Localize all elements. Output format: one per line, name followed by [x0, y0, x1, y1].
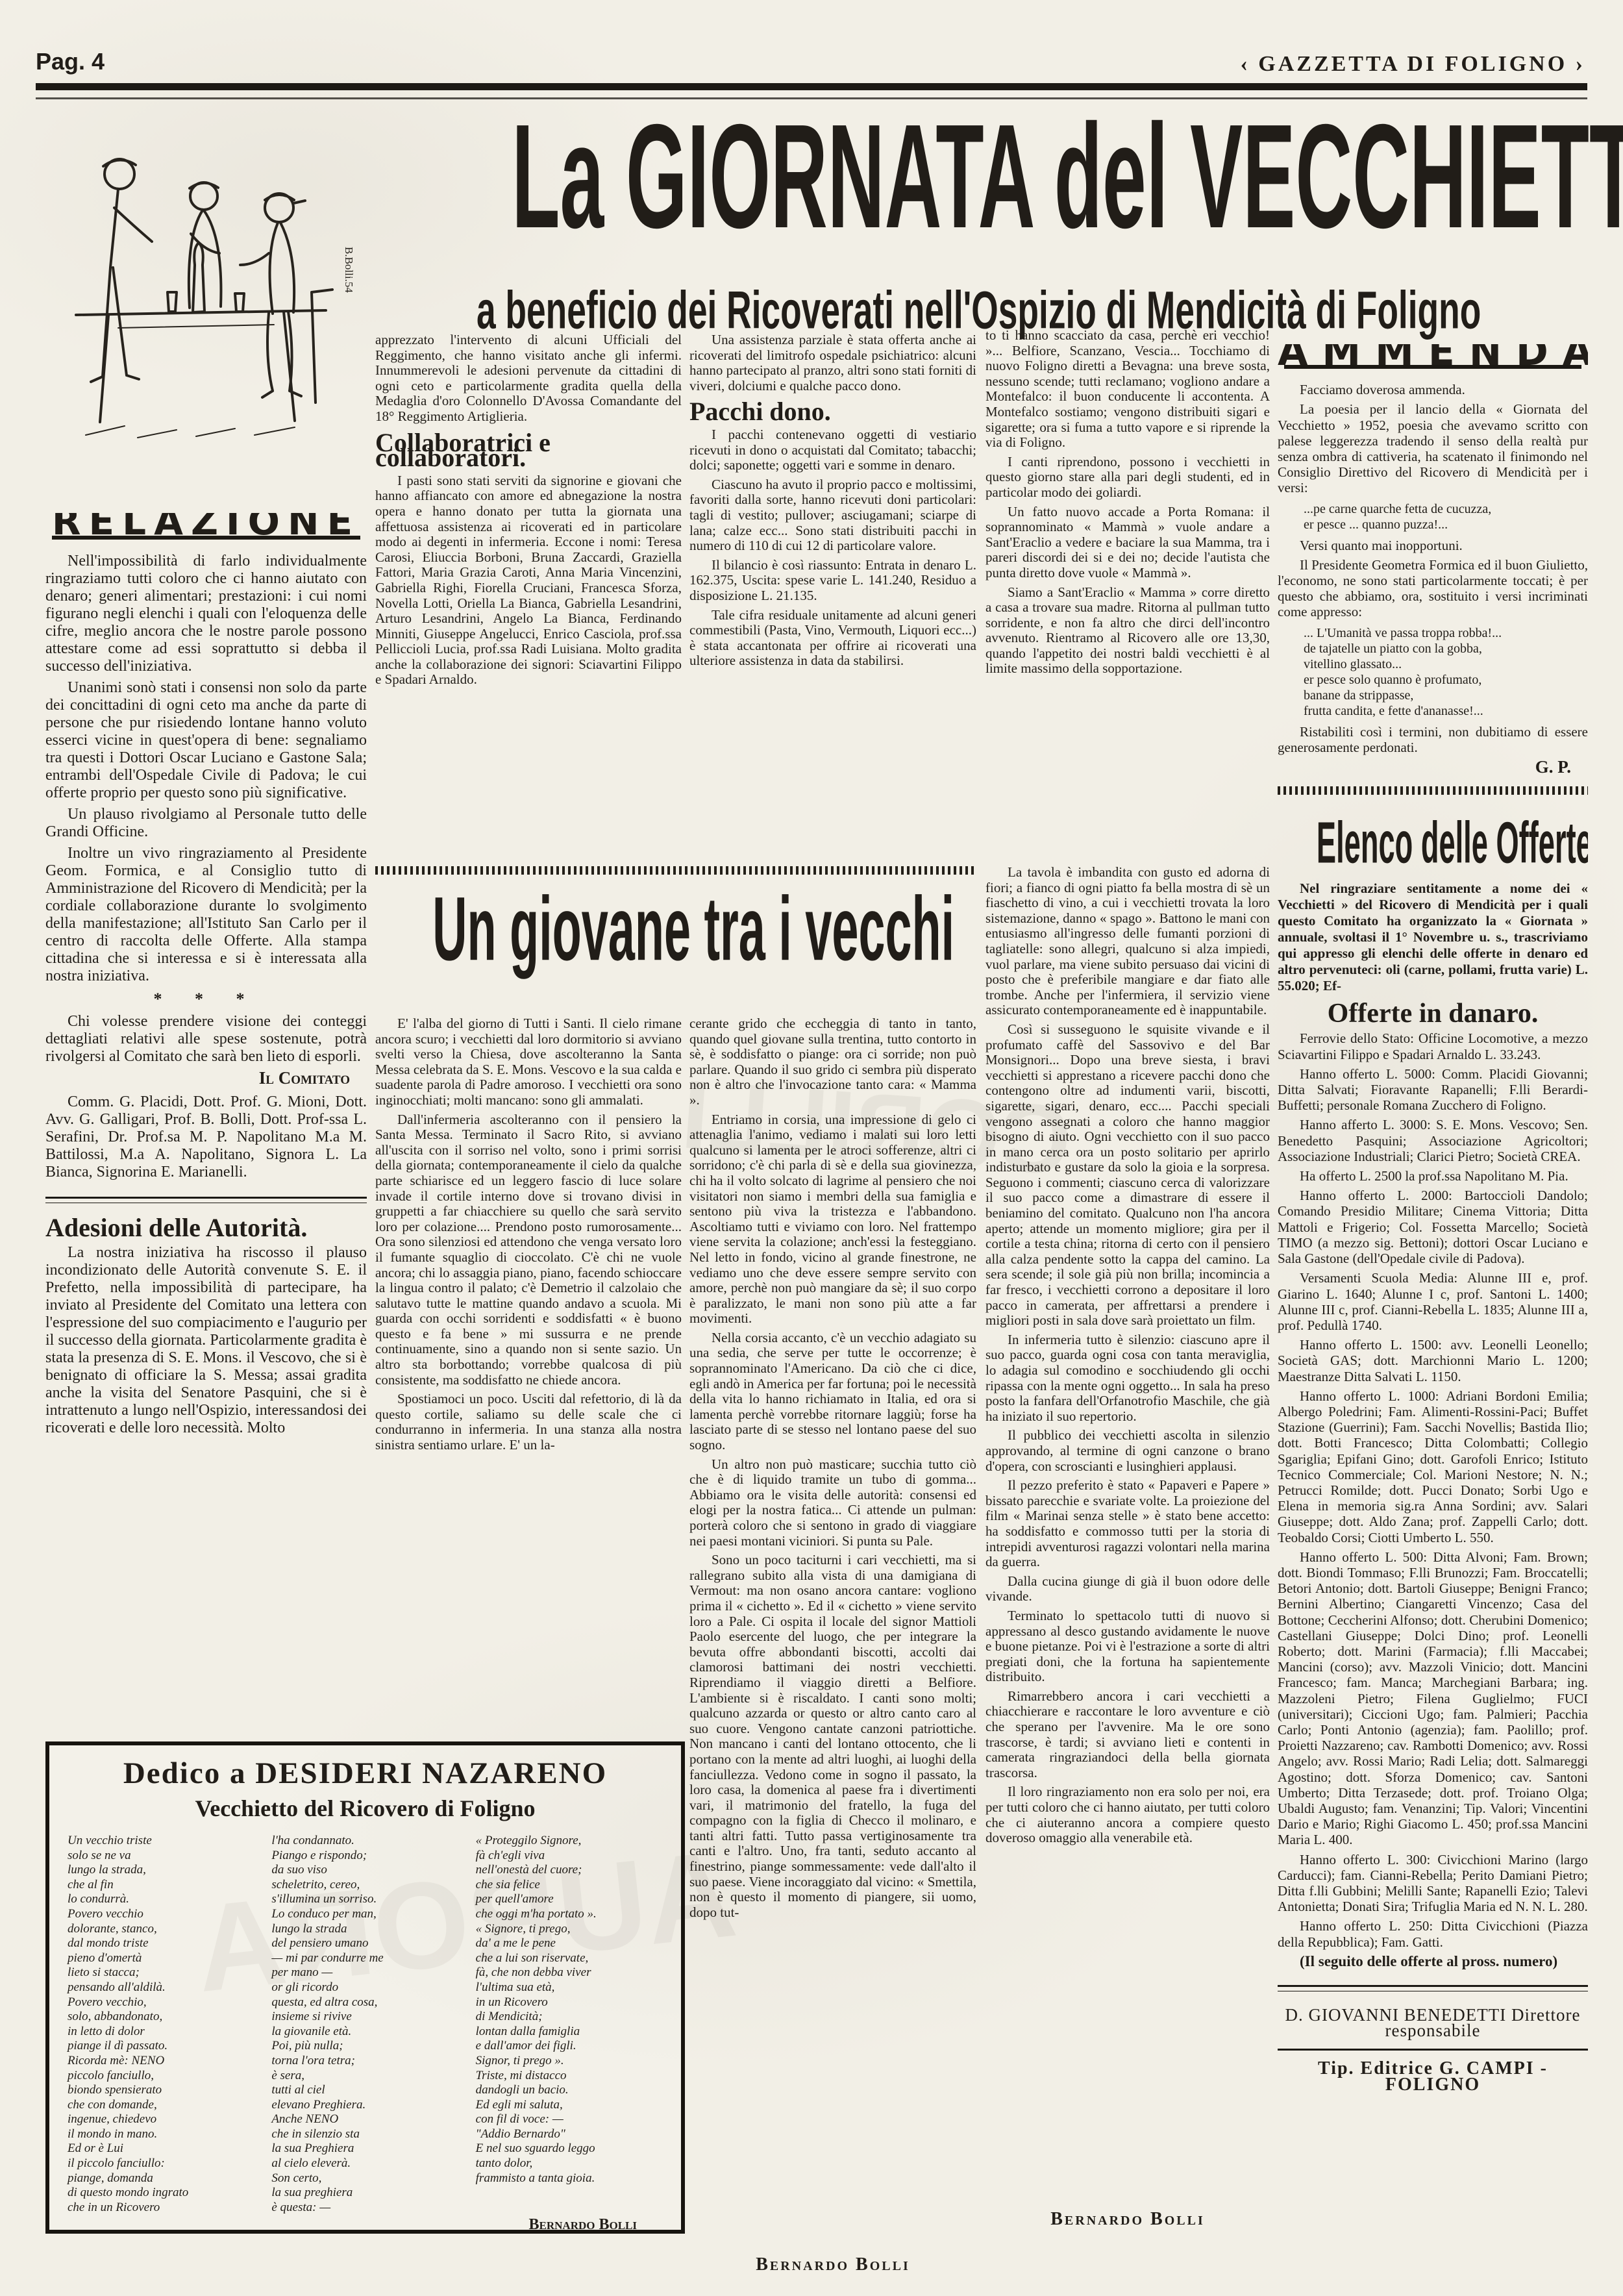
paragraph: to ti hanno scacciato da casa, perchè er…: [985, 328, 1270, 451]
paragraph: Chi volesse prendere visione dei contegg…: [45, 1013, 367, 1066]
ammenda-signature: G. P.: [1278, 759, 1588, 775]
paragraph: La tavola è imbandita con gusto ed adorn…: [985, 865, 1270, 1018]
offer-entry: Hanno offerto L. 1500: avv. Leonelli Leo…: [1278, 1337, 1588, 1384]
paragraph: La nostra iniziativa ha riscosso il plau…: [45, 1244, 367, 1437]
offer-entry: Ferrovie dello Stato: Officine Locomotiv…: [1278, 1030, 1588, 1062]
paragraph: Tale cifra residuale unitamente ad alcun…: [689, 608, 976, 669]
pacchi-dono-heading: Pacchi dono.: [689, 404, 976, 419]
paragraph: Così si susseguono le squisite vivande e…: [985, 1022, 1270, 1329]
offer-entry: Hanno offerto L. 250: Ditta Civicchioni …: [1278, 1918, 1588, 1949]
paragraph: La poesia per il lancio della « Giornata…: [1278, 401, 1588, 495]
illustration-signature: B.Bolli.54: [343, 247, 355, 293]
committee-names: Comm. G. Placidi, Dott. Prof. G. Mioni, …: [45, 1093, 367, 1181]
dotted-rule: [1278, 786, 1588, 795]
paragraph: Il bilancio è così riassunto: Entrata in…: [689, 558, 976, 604]
column-pranzo: La tavola è imbandita con gusto ed adorn…: [985, 865, 1270, 2204]
elenco-headline-text: Elenco delle Offerte: [1317, 814, 1588, 873]
paragraph: Terminato lo spettacolo tutti di nuovo s…: [985, 1608, 1270, 1685]
paragraph: Siamo a Sant'Eraclio « Mamma » corre dir…: [985, 585, 1270, 677]
giovane-headline: Un giovane tra i vecchi: [375, 884, 976, 943]
paragraph: Rimarrebbero ancora i cari vecchietti a …: [985, 1689, 1270, 1781]
verse-original: ...pe carne quarche fetta de cucuzza, er…: [1304, 501, 1588, 532]
masthead: ‹ GAZZETTA DI FOLIGNO ›: [1240, 52, 1585, 77]
collaboratori-heading: Collaboratrici e collaboratori.: [375, 435, 682, 466]
poem-subtitle: Vecchietto del Ricovero di Foligno: [68, 1795, 663, 1822]
poem-columns: Un vecchio triste solo se ne va lungo la…: [68, 1834, 663, 2215]
illustration-old-men-at-table: B.Bolli.54: [40, 97, 362, 493]
headline-subtitle-text: a beneficio dei Ricoverati nell'Ospizio …: [477, 284, 1481, 338]
paragraph: Entriamo in corsia, una impressione di g…: [689, 1112, 976, 1327]
poem-box: Dedico a DESIDERI NAZARENO Vecchietto de…: [45, 1741, 685, 2234]
director-line: D. GIOVANNI BENEDETTI Direttore responsa…: [1278, 2007, 1588, 2038]
paragraph: Il Presidente Geometra Formica ed il buo…: [1278, 557, 1588, 620]
column-giovane-a: E' l'alba del giorno di Tutti i Santi. I…: [375, 1016, 682, 1730]
elenco-intro: Nel ringraziare sentitamente a nome dei …: [1278, 880, 1588, 994]
offer-entry: Hanno offerto L. 5000: Comm. Placidi Gio…: [1278, 1066, 1588, 1114]
paragraph: Un plauso rivolgiamo al Personale tutto …: [45, 806, 367, 841]
newspaper-page: AURORA CORILLI Pag. 4 ‹ GAZZETTA DI FOLI…: [0, 0, 1623, 2296]
footer-rule-thin: [1278, 2049, 1588, 2051]
offer-entry: Hanno afferto L. 3000: S. E. Mons. Vesco…: [1278, 1117, 1588, 1164]
paragraph: Inoltre un vivo ringraziamento al Presid…: [45, 845, 367, 985]
footer-rule: [1278, 1985, 1588, 1991]
main-headline-block: La GIORNATA del VECCHIETTO a beneficio d…: [364, 103, 1594, 325]
paragraph: Un altro non può masticare; succhia tutt…: [689, 1457, 976, 1549]
article-signature: Bernardo Bolli: [985, 2209, 1270, 2230]
relazione-heading: RELAZIONE: [45, 513, 367, 530]
section-separator: * * *: [45, 990, 367, 1008]
offer-entry: Hanno offerto L. 300: Civicchioni Marino…: [1278, 1852, 1588, 1915]
headline-title-text: La GIORNATA del VECCHIETTO: [512, 103, 1623, 251]
poem-signature: Bernardo Bolli: [68, 2216, 663, 2234]
offer-entry: Ha offerto L. 2500 la prof.ssa Napolitan…: [1278, 1168, 1588, 1184]
column-pacchi-dono: Una assistenza parziale è stata offerta …: [689, 332, 976, 860]
paragraph: In infermeria tutto è silenzio: ciascuno…: [985, 1332, 1270, 1425]
ammenda-heading: AMMENDA: [1278, 344, 1588, 360]
paragraph: Facciamo doverosa ammenda.: [1278, 382, 1588, 397]
paragraph: Ristabiliti così i termini, non dubitiam…: [1278, 724, 1588, 755]
paragraph: Unanimi sonò stati i consensi non solo d…: [45, 679, 367, 802]
paragraph: cerante grido che eccheggia di tanto in …: [689, 1016, 976, 1108]
poem-column: l'ha condannato. Piango e rispondo; da s…: [271, 1834, 458, 2215]
headline-title: La GIORNATA del VECCHIETTO: [364, 103, 1594, 201]
paragraph: apprezzato l'intervento di alcuni Uffici…: [375, 332, 682, 425]
paragraph: Il pezzo preferito è stato « Papaveri e …: [985, 1478, 1270, 1570]
paragraph: Nella corsia accanto, c'è un vecchio ada…: [689, 1330, 976, 1453]
column-relazione: RELAZIONE Nell'impossibilità di farlo in…: [45, 513, 367, 1737]
offer-entry: Versamenti Scuola Media: Alunne III e, p…: [1278, 1270, 1588, 1333]
continuation-note: (Il seguito delle offerte al pross. nume…: [1278, 1954, 1588, 1969]
poem-title: Dedico a DESIDERI NAZARENO: [68, 1756, 663, 1791]
page-number: Pag. 4: [36, 48, 105, 75]
paragraph: Nell'impossibilità di farlo individualme…: [45, 553, 367, 675]
offer-entry: Hanno offerto L. 1000: Adriani Bordoni E…: [1278, 1388, 1588, 1545]
offerte-heading: Offerte in danaro.: [1278, 1006, 1588, 1021]
offer-entry: Hanno offerto L. 2000: Bartoccioli Dando…: [1278, 1188, 1588, 1266]
paragraph: Il pubblico dei vecchietti ascolta in si…: [985, 1428, 1270, 1474]
paragraph: Il loro ringraziamento non era solo per …: [985, 1784, 1270, 1845]
headline-subtitle: a beneficio dei Ricoverati nell'Ospizio …: [364, 284, 1594, 325]
paragraph: Sono un poco taciturni i cari vecchietti…: [689, 1553, 976, 1920]
paragraph: Versi quanto mai inopportuni.: [1278, 538, 1588, 553]
paragraph: Spostiamoci un poco. Usciti dal refettor…: [375, 1391, 682, 1453]
adesioni-heading: Adesioni delle Autorità.: [45, 1219, 367, 1236]
elenco-headline: Elenco delle Offerte: [1278, 814, 1588, 877]
committee-signature: Il Comitato: [45, 1069, 367, 1087]
paragraph: Dall'infermeria ascolteranno con il pens…: [375, 1112, 682, 1388]
poem-column: « Proteggilo Signore, fà ch'egli viva ne…: [476, 1834, 663, 2215]
paragraph: Dalla cucina giunge di già il buon odore…: [985, 1574, 1270, 1604]
printer-line: Tip. Editrice G. CAMPI - FOLIGNO: [1278, 2061, 1588, 2092]
paragraph: Un fatto nuovo accade a Porta Romana: il…: [985, 505, 1270, 581]
paragraph: I pasti sono stati serviti da signorine …: [375, 473, 682, 688]
giovane-headline-text: Un giovane tra i vecchi: [432, 884, 954, 975]
dotted-rule: [375, 866, 976, 875]
column-gita: to ti hanno scacciato da casa, perchè er…: [985, 328, 1270, 859]
header-rule: [36, 83, 1587, 90]
verse-replacement: ... L'Umanità ve passa troppa robba!... …: [1304, 625, 1588, 719]
offer-entry: Hanno offerto L. 500: Ditta Alvoni; Fam.…: [1278, 1549, 1588, 1848]
paragraph: I pacchi contenevano oggetti di vestiari…: [689, 427, 976, 473]
section-rule: [45, 1197, 367, 1203]
column-collaboratori: apprezzato l'intervento di alcuni Uffici…: [375, 332, 682, 860]
poem-column: Un vecchio triste solo se ne va lungo la…: [68, 1834, 254, 2215]
paragraph: Ciascuno ha avuto il proprio pacco e mol…: [689, 477, 976, 554]
paragraph: I canti riprendono, possono i vecchietti…: [985, 455, 1270, 501]
paragraph: E' l'alba del giorno di Tutti i Santi. I…: [375, 1016, 682, 1108]
paragraph: Una assistenza parziale è stata offerta …: [689, 332, 976, 393]
column-giovane-b: cerante grido che eccheggia di tanto in …: [689, 1016, 976, 2250]
article-signature: Bernardo Bolli: [689, 2254, 976, 2275]
column-ammenda-elenco: AMMENDA Facciamo doverosa ammenda. La po…: [1278, 344, 1588, 2214]
